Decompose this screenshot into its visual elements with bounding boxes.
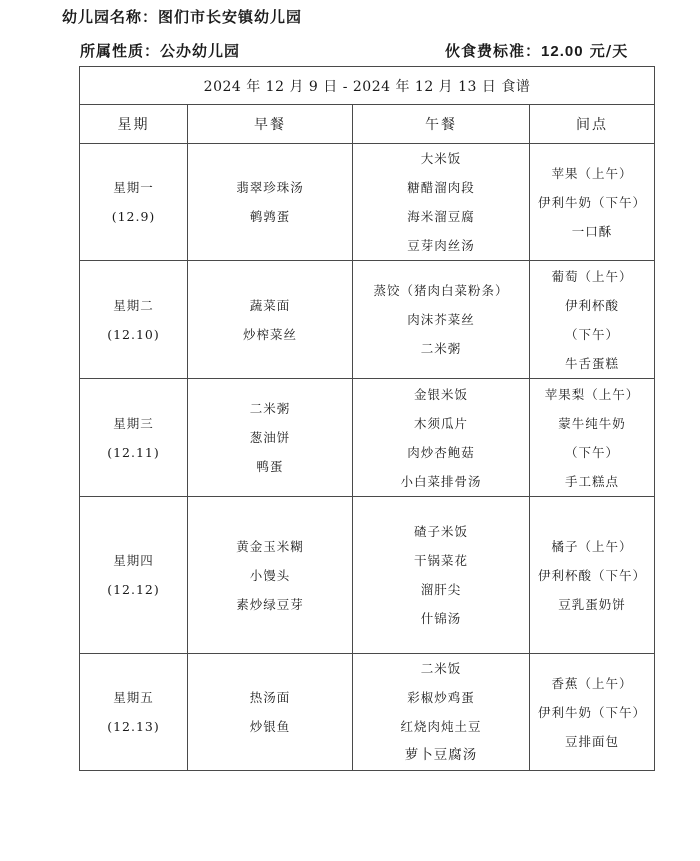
- day-name: 星期一: [80, 173, 187, 202]
- day-cell: 星期四 (12.12): [80, 497, 188, 654]
- menu-item: （下午）: [530, 320, 654, 349]
- menu-item: 肉沫芥菜丝: [353, 305, 529, 334]
- menu-item: 二米饭: [353, 654, 529, 683]
- column-header-row: 星期 早餐 午餐 间点: [80, 105, 655, 144]
- breakfast-cell: 黄金玉米糊 小馒头 素炒绿豆芽: [188, 497, 353, 654]
- day-cell: 星期五 (12.13): [80, 654, 188, 771]
- menu-item: 海米溜豆腐: [353, 202, 529, 231]
- snack-cell: 橘子（上午） 伊利杯酸（下午） 豆乳蛋奶饼: [530, 497, 655, 654]
- menu-item: 伊利牛奶（下午）: [530, 188, 654, 217]
- breakfast-cell: 蔬菜面 炒榨菜丝: [188, 261, 353, 379]
- lunch-cell: 二米饭 彩椒炒鸡蛋 红烧肉炖土豆 萝卜豆腐汤: [353, 654, 530, 771]
- breakfast-cell: 翡翠珍珠汤 鹌鹑蛋: [188, 144, 353, 261]
- menu-title-row: 2024 年 12 月 9 日 - 2024 年 12 月 13 日 食谱: [80, 67, 655, 105]
- day-name: 星期五: [80, 683, 187, 712]
- ownership-type: 所属性质：公办幼儿园: [80, 40, 240, 61]
- menu-item: 手工糕点: [530, 467, 654, 496]
- menu-item: 大米饭: [353, 144, 529, 173]
- menu-item: 什锦汤: [353, 604, 529, 633]
- snack-cell: 香蕉（上午） 伊利牛奶（下午） 豆排面包: [530, 654, 655, 771]
- day-cell: 星期三 (12.11): [80, 379, 188, 497]
- menu-item: 苹果（上午）: [530, 159, 654, 188]
- day-name: 星期二: [80, 291, 187, 320]
- day-name: 星期四: [80, 546, 187, 575]
- fee-label: 伙食费标准：: [445, 42, 541, 60]
- menu-item: 木须瓜片: [353, 409, 529, 438]
- menu-item: 豆排面包: [530, 727, 654, 756]
- snack-cell: 苹果梨（上午） 蒙牛纯牛奶 （下午） 手工糕点: [530, 379, 655, 497]
- table-row: 星期五 (12.13) 热汤面 炒银鱼 二米饭 彩椒炒鸡蛋 红烧肉炖土豆 萝卜豆…: [80, 654, 655, 771]
- table-row: 星期四 (12.12) 黄金玉米糊 小馒头 素炒绿豆芽 碴子米饭 干锅菜花 溜肝…: [80, 497, 655, 654]
- day-name: 星期三: [80, 409, 187, 438]
- lunch-cell: 金银米饭 木须瓜片 肉炒杏鲍菇 小白菜排骨汤: [353, 379, 530, 497]
- lunch-cell: 蒸饺（猪肉白菜粉条） 肉沫芥菜丝 二米粥: [353, 261, 530, 379]
- menu-item: 香蕉（上午）: [530, 669, 654, 698]
- column-header-lunch: 午餐: [353, 105, 530, 144]
- breakfast-cell: 热汤面 炒银鱼: [188, 654, 353, 771]
- column-header-breakfast: 早餐: [188, 105, 353, 144]
- menu-item: 黄金玉米糊: [188, 532, 352, 561]
- day-date: (12.11): [80, 438, 187, 467]
- menu-item: 炒银鱼: [188, 712, 352, 741]
- menu-item: 鸭蛋: [188, 452, 352, 481]
- menu-title: 2024 年 12 月 9 日 - 2024 年 12 月 13 日 食谱: [80, 67, 655, 105]
- snack-cell: 葡萄（上午） 伊利杯酸 （下午） 牛舌蛋糕: [530, 261, 655, 379]
- menu-item: 金银米饭: [353, 380, 529, 409]
- day-cell: 星期二 (12.10): [80, 261, 188, 379]
- menu-item: 小白菜排骨汤: [353, 467, 529, 496]
- menu-item: 肉炒杏鲍菇: [353, 438, 529, 467]
- kindergarten-name: 幼儿园名称：图们市长安镇幼儿园: [62, 6, 302, 27]
- menu-item: 糖醋溜肉段: [353, 173, 529, 202]
- day-date: (12.12): [80, 575, 187, 604]
- menu-item: 葱油饼: [188, 423, 352, 452]
- menu-item: 萝卜豆腐汤: [353, 741, 529, 770]
- menu-item: 苹果梨（上午）: [530, 380, 654, 409]
- day-date: (12.10): [80, 320, 187, 349]
- lunch-cell: 碴子米饭 干锅菜花 溜肝尖 什锦汤: [353, 497, 530, 654]
- menu-item: 橘子（上午）: [530, 532, 654, 561]
- menu-item: 伊利杯酸（下午）: [530, 561, 654, 590]
- menu-item: 豆芽肉丝汤: [353, 231, 529, 260]
- menu-item: 素炒绿豆芽: [188, 590, 352, 619]
- fee-unit: 元/天: [584, 42, 629, 60]
- menu-item: 伊利杯酸: [530, 291, 654, 320]
- day-date: (12.13): [80, 712, 187, 741]
- day-cell: 星期一 (12.9): [80, 144, 188, 261]
- breakfast-cell: 二米粥 葱油饼 鸭蛋: [188, 379, 353, 497]
- menu-item: 翡翠珍珠汤: [188, 173, 352, 202]
- menu-item: 蔬菜面: [188, 291, 352, 320]
- menu-item: 热汤面: [188, 683, 352, 712]
- table-row: 星期二 (12.10) 蔬菜面 炒榨菜丝 蒸饺（猪肉白菜粉条） 肉沫芥菜丝 二米…: [80, 261, 655, 379]
- menu-item: 干锅菜花: [353, 546, 529, 575]
- menu-item: 二米粥: [353, 334, 529, 363]
- weekly-menu-table: 2024 年 12 月 9 日 - 2024 年 12 月 13 日 食谱 星期…: [79, 66, 655, 771]
- table-row: 星期一 (12.9) 翡翠珍珠汤 鹌鹑蛋 大米饭 糖醋溜肉段 海米溜豆腐 豆芽肉…: [80, 144, 655, 261]
- menu-item: 葡萄（上午）: [530, 262, 654, 291]
- column-header-snack: 间点: [530, 105, 655, 144]
- day-date: (12.9): [80, 202, 187, 231]
- fee-value: 12.00: [541, 43, 584, 60]
- menu-item: 小馒头: [188, 561, 352, 590]
- menu-item: 碴子米饭: [353, 517, 529, 546]
- menu-item: 炒榨菜丝: [188, 320, 352, 349]
- menu-item: 一口酥: [530, 217, 654, 246]
- menu-item: 二米粥: [188, 394, 352, 423]
- menu-item: 蒙牛纯牛奶: [530, 409, 654, 438]
- snack-cell: 苹果（上午） 伊利牛奶（下午） 一口酥: [530, 144, 655, 261]
- menu-item: 牛舌蛋糕: [530, 349, 654, 378]
- menu-item: 鹌鹑蛋: [188, 202, 352, 231]
- column-header-day: 星期: [80, 105, 188, 144]
- menu-item: 溜肝尖: [353, 575, 529, 604]
- menu-item: （下午）: [530, 438, 654, 467]
- menu-item: 蒸饺（猪肉白菜粉条）: [353, 276, 529, 305]
- menu-item: 红烧肉炖土豆: [353, 712, 529, 741]
- meal-fee-standard: 伙食费标准：12.00 元/天: [445, 40, 628, 61]
- lunch-cell: 大米饭 糖醋溜肉段 海米溜豆腐 豆芽肉丝汤: [353, 144, 530, 261]
- menu-item: 彩椒炒鸡蛋: [353, 683, 529, 712]
- menu-item: 伊利牛奶（下午）: [530, 698, 654, 727]
- table-row: 星期三 (12.11) 二米粥 葱油饼 鸭蛋 金银米饭 木须瓜片 肉炒杏鲍菇 小…: [80, 379, 655, 497]
- menu-item: 豆乳蛋奶饼: [530, 590, 654, 619]
